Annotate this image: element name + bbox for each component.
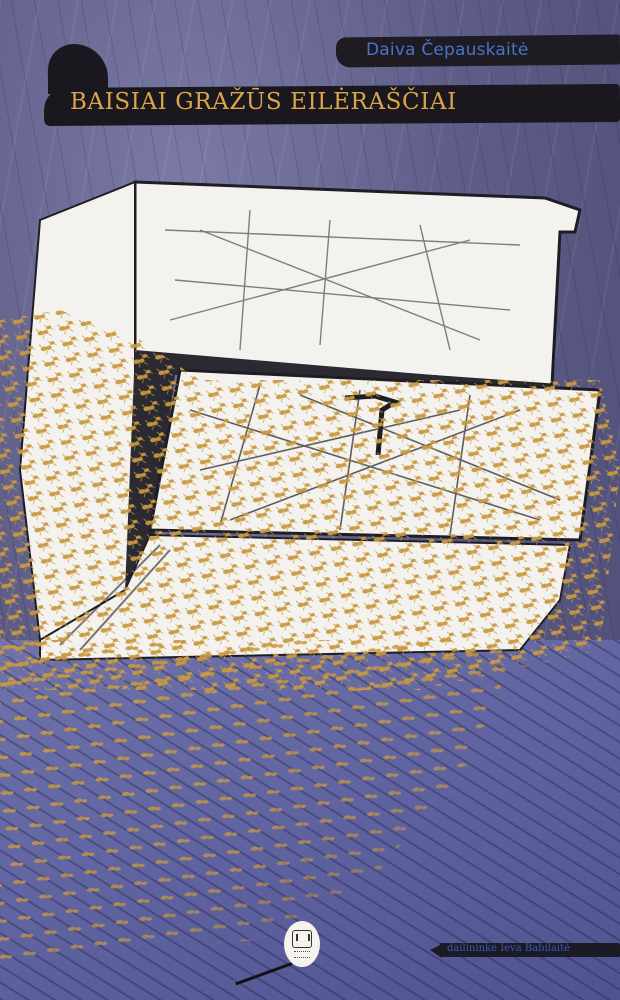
publisher-logo-text-lines xyxy=(294,951,310,958)
publisher-logo xyxy=(284,921,320,967)
cover-illustration-chest xyxy=(0,170,620,690)
author-name: Daiva Čepauskaitė xyxy=(366,40,529,60)
illustrator-credit: dailininkė Ieva Babilaitė xyxy=(447,943,570,954)
ants-spill-overlay xyxy=(0,640,620,960)
publisher-logo-icon xyxy=(292,930,312,948)
book-title: BAISIAI GRAŽŪS EILĖRAŠČIAI xyxy=(70,89,457,115)
